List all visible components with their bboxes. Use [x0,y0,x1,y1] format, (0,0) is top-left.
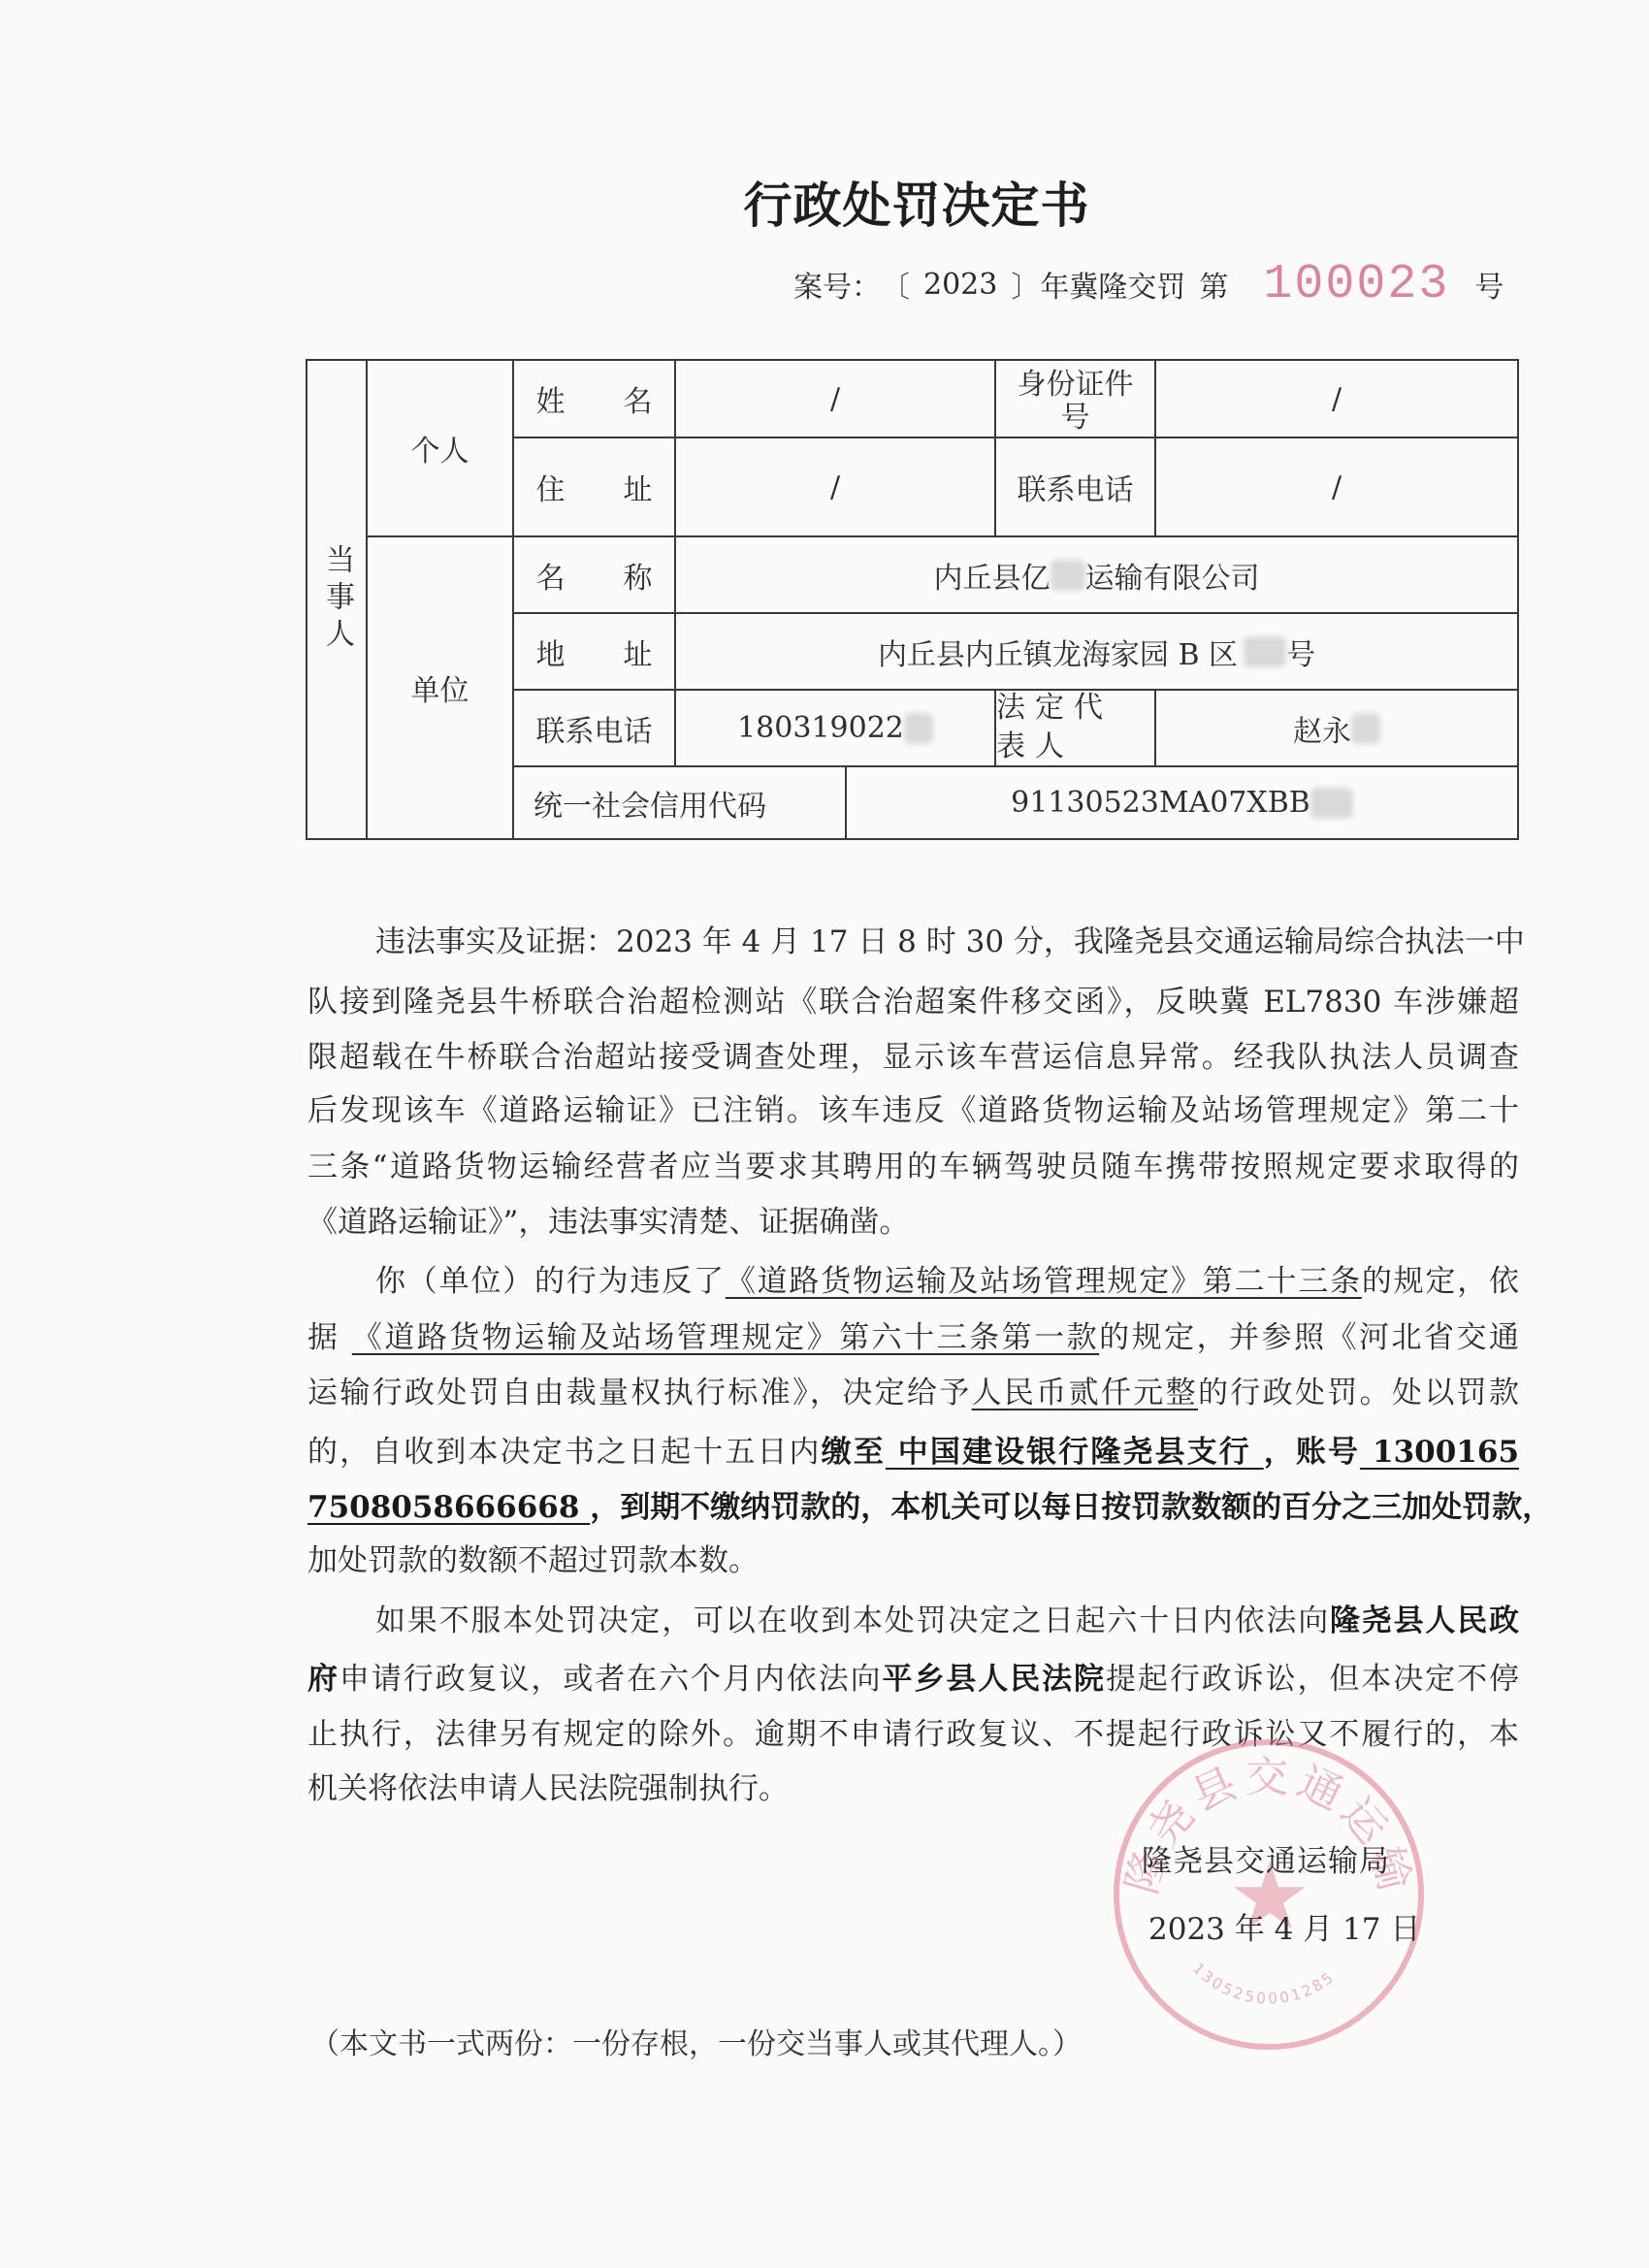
document-title: 行政处罚决定书 [0,167,1649,237]
party-info-table: 当事人 个人 姓 名 / 身份证件号 / 住 址 / 联系电话 / 单位 名 称… [306,359,1519,840]
p2-text: ，账号 [1264,1435,1360,1470]
violated-regulation: 《道路货物运输及站场管理规定》第二十三条 [726,1264,1362,1299]
individual-phone-value: / [1332,470,1342,504]
p3-text: 如果不服本处罚决定，可以在收到本处罚决定之日起六十日内依法向 [375,1604,1330,1638]
payee-bank: 中国建设银行隆尧县支行 [886,1435,1264,1470]
individual-id-label: 身份证件号 [1015,369,1137,435]
legal-rep-label-cell: 法定代表人 [996,691,1156,767]
unit-address-label-cell: 地 址 [514,614,676,691]
individual-name-label: 姓 名 [536,377,653,420]
p2-text: 缴至 [822,1435,886,1470]
p2-line-6: 加处罚款的数额不超过罚款本数。 [307,1541,1519,1580]
unit-group-cell: 单位 [368,537,514,838]
unit-name-label-cell: 名 称 [514,537,676,614]
p1-line-2: 队接到隆尧县牛桥联合治超检测站《联合治超案件移交函》，反映冀 EL7830 车涉… [307,983,1519,1021]
case-number-di: 第 [1199,263,1228,306]
p2-text: 你（单位）的行为违反了 [375,1264,726,1299]
legal-rep-value: 赵永 [1293,707,1351,750]
case-number-suffix: 号 [1474,263,1503,306]
redaction-mark [1244,636,1286,667]
unit-address-label: 地 址 [536,631,653,673]
individual-id-label-cell: 身份证件号 [996,361,1156,438]
individual-phone-label: 联系电话 [1018,466,1134,508]
case-year: 2023 [923,268,997,302]
p2-text: 的规定，并参照《河北省交通 [1099,1320,1519,1355]
redaction-mark [1051,560,1085,591]
unit-name-value-cell: 内丘县亿 运输有限公司 [676,537,1517,614]
individual-phone-value-cell: / [1156,438,1517,537]
individual-address-value: / [830,470,840,504]
p1-line-1: 违法事实及证据：2023 年 4 月 17 日 8 时 30 分，我隆尧县交通运… [375,923,1519,961]
case-year-close: 〕 [1011,263,1040,306]
individual-address-value-cell: / [676,438,996,537]
unit-phone-label: 联系电话 [536,707,653,750]
p3-text: 申请行政复议，或者在六个月内依法向 [339,1662,883,1697]
p2-text: 的行政处罚。处以罚款 [1198,1376,1519,1410]
court-name: 平乡县人民法院 [883,1662,1106,1697]
footer-note: （本文书一式两份：一份存根，一份交当事人或其代理人。） [310,2020,1082,2062]
review-authority: 府 [307,1662,339,1697]
redaction-mark [1351,713,1380,744]
p2-line-1: 你（单位）的行为违反了《道路货物运输及站场管理规定》第二十三条的规定，依 [375,1262,1519,1301]
p2-line-5: 7508058666668 ，到期不缴纳罚款的，本机关可以每日按罚款数额的百分之… [307,1488,1519,1527]
p3-text: 提起行政诉讼，但本决定不停 [1106,1662,1519,1697]
official-seal: 隆尧县交通运输局 1305250001285 ★ [1114,1739,1424,2050]
p2-text: 的，自收到本决定书之日起十五日内 [307,1435,822,1470]
unit-phone-value-cell: 180319022 [676,691,996,767]
case-number-value: 100023 [1263,257,1449,312]
individual-id-value-cell: / [1156,361,1517,438]
individual-group-label: 个人 [411,427,469,470]
individual-address-label: 住 址 [536,466,653,508]
individual-address-label-cell: 住 址 [514,438,676,537]
legal-rep-label: 法定代表人 [996,689,1121,766]
redaction-mark [1310,788,1353,819]
credit-code-value-cell: 91130523MA07XBB [847,767,1517,838]
credit-code-label-cell: 统一社会信用代码 [514,767,847,838]
unit-phone-label-cell: 联系电话 [514,691,676,767]
case-number-mid: 年冀隆交罚 [1040,263,1185,306]
account-number-part-1: 1300165 [1360,1435,1519,1470]
individual-id-value: / [1332,382,1342,416]
p2-text: ，到期不缴纳罚款的，本机关可以每日按罚款数额的百分之三加处罚款， [590,1490,1552,1525]
case-year-open: 〔 [881,263,910,306]
p2-line-4: 的，自收到本决定书之日起十五日内缴至 中国建设银行隆尧县支行 ，账号 13001… [307,1433,1519,1472]
party-label: 当事人 [315,544,358,655]
penalty-amount: 人民币贰仟元整 [972,1376,1198,1410]
svg-text:1305250001285: 1305250001285 [1189,1960,1339,2007]
individual-phone-label-cell: 联系电话 [996,438,1156,537]
basis-regulation: 《道路货物运输及站场管理规定》第六十三条第一款 [352,1320,1099,1355]
credit-code-value: 91130523MA07XBB [1011,786,1310,820]
p2-line-3: 运输行政处罚自由裁量权执行标准》，决定给予人民币贰仟元整的行政处罚。处以罚款 [307,1374,1519,1412]
case-number-line: 案号： 〔 2023 〕 年冀隆交罚 第 100023 号 [793,260,1503,308]
credit-code-label: 统一社会信用代码 [533,782,766,825]
issue-date: 2023 年 4 月 17 日 [1148,1904,1420,1948]
p1-line-6: 《道路运输证》”，违法事实清楚、证据确凿。 [307,1203,1519,1242]
unit-name-value-post: 运输有限公司 [1085,554,1260,597]
p1-line-3: 限超载在牛桥联合治超站接受调查处理，显示该车营运信息异常。经我队执法人员调查 [307,1038,1519,1077]
individual-group-cell: 个人 [368,361,514,537]
unit-address-value-cell: 内丘县内丘镇龙海家园 B 区 号 [676,614,1517,691]
unit-group-label: 单位 [411,666,469,709]
individual-name-label-cell: 姓 名 [514,361,676,438]
issuing-authority: 隆尧县交通运输局 [1142,1836,1390,1880]
unit-phone-value: 180319022 [737,711,904,745]
unit-name-value-pre: 内丘县亿 [934,554,1051,597]
p1-line-4: 后发现该车《道路运输证》已注销。该车违反《道路货物运输及站场管理规定》第二十 [307,1091,1519,1130]
individual-name-value: / [830,382,840,416]
unit-name-label: 名 称 [536,554,653,597]
p3-line-1: 如果不服本处罚决定，可以在收到本处罚决定之日起六十日内依法向隆尧县人民政 [375,1602,1519,1640]
p1-line-5: 三条“道路货物运输经营者应当要求其聘用的车辆驾驶员随车携带按照规定要求取得的 [307,1148,1519,1186]
unit-address-value-post: 号 [1286,631,1315,673]
p3-line-2: 府申请行政复议，或者在六个月内依法向平乡县人民法院提起行政诉讼，但本决定不停 [307,1660,1519,1699]
p2-text: 据 [307,1320,352,1355]
review-authority: 隆尧县人民政 [1330,1604,1519,1638]
p2-text: 运输行政处罚自由裁量权执行标准》，决定给予 [307,1376,972,1410]
legal-rep-value-cell: 赵永 [1156,691,1517,767]
individual-name-value-cell: / [676,361,996,438]
case-number-prefix: 案号： [793,263,881,306]
party-label-cell: 当事人 [307,361,368,838]
p2-text: 的规定，依 [1362,1264,1519,1299]
unit-address-value-pre: 内丘县内丘镇龙海家园 B 区 [878,631,1238,673]
account-number-part-2: 7508058666668 [307,1490,590,1525]
p2-line-2: 据 《道路货物运输及站场管理规定》第六十三条第一款的规定，并参照《河北省交通 [307,1318,1519,1357]
redaction-mark [904,713,933,744]
